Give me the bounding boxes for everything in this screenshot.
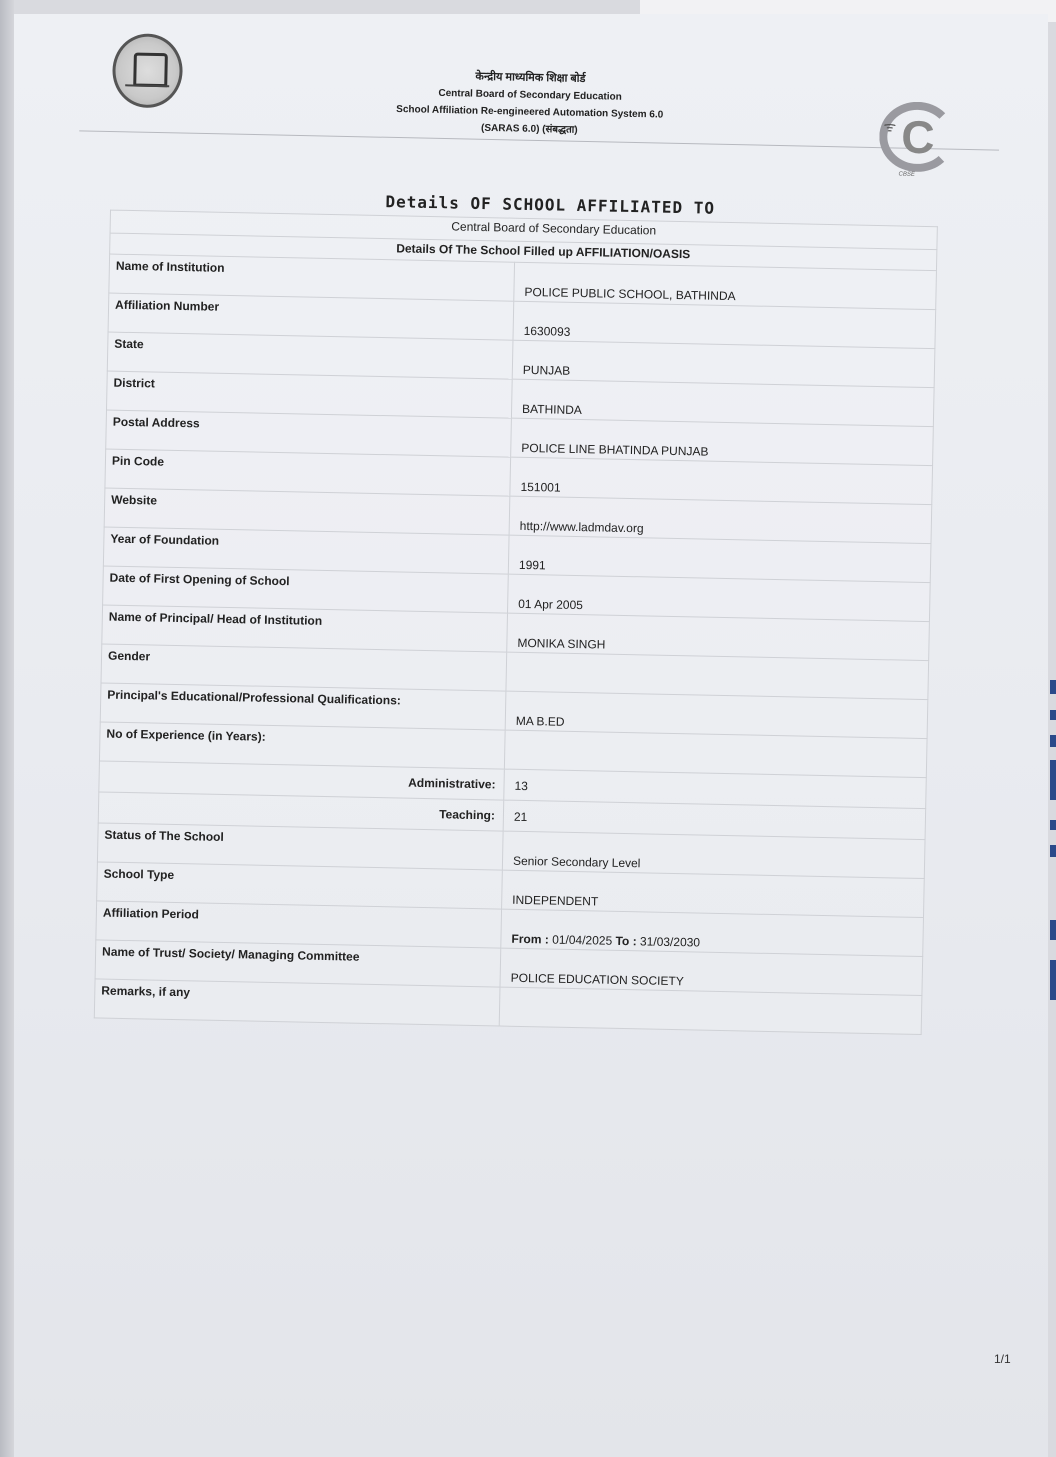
details-table: Central Board of Secondary Education Det… xyxy=(94,210,938,1035)
row-label: Remarks, if any xyxy=(94,979,500,1026)
anniversary-emblem-icon: C ᯤ CBSE xyxy=(870,99,962,181)
emblem-tag: CBSE xyxy=(898,172,914,178)
adjacent-page-edge xyxy=(1048,640,1056,1020)
header-text-block: केन्द्रीय माध्यमिक शिक्षा बोर्ड Central … xyxy=(379,67,680,141)
page-number: 1/1 xyxy=(994,1352,1011,1366)
document-header: केन्द्रीय माध्यमिक शिक्षा बोर्ड Central … xyxy=(0,0,1056,211)
page-edge-shadow xyxy=(0,0,14,1457)
row-value xyxy=(499,987,922,1034)
affiliation-details: Details OF SCHOOL AFFILIATED TO Central … xyxy=(94,187,951,1036)
cbse-seal-logo-icon xyxy=(112,33,184,108)
